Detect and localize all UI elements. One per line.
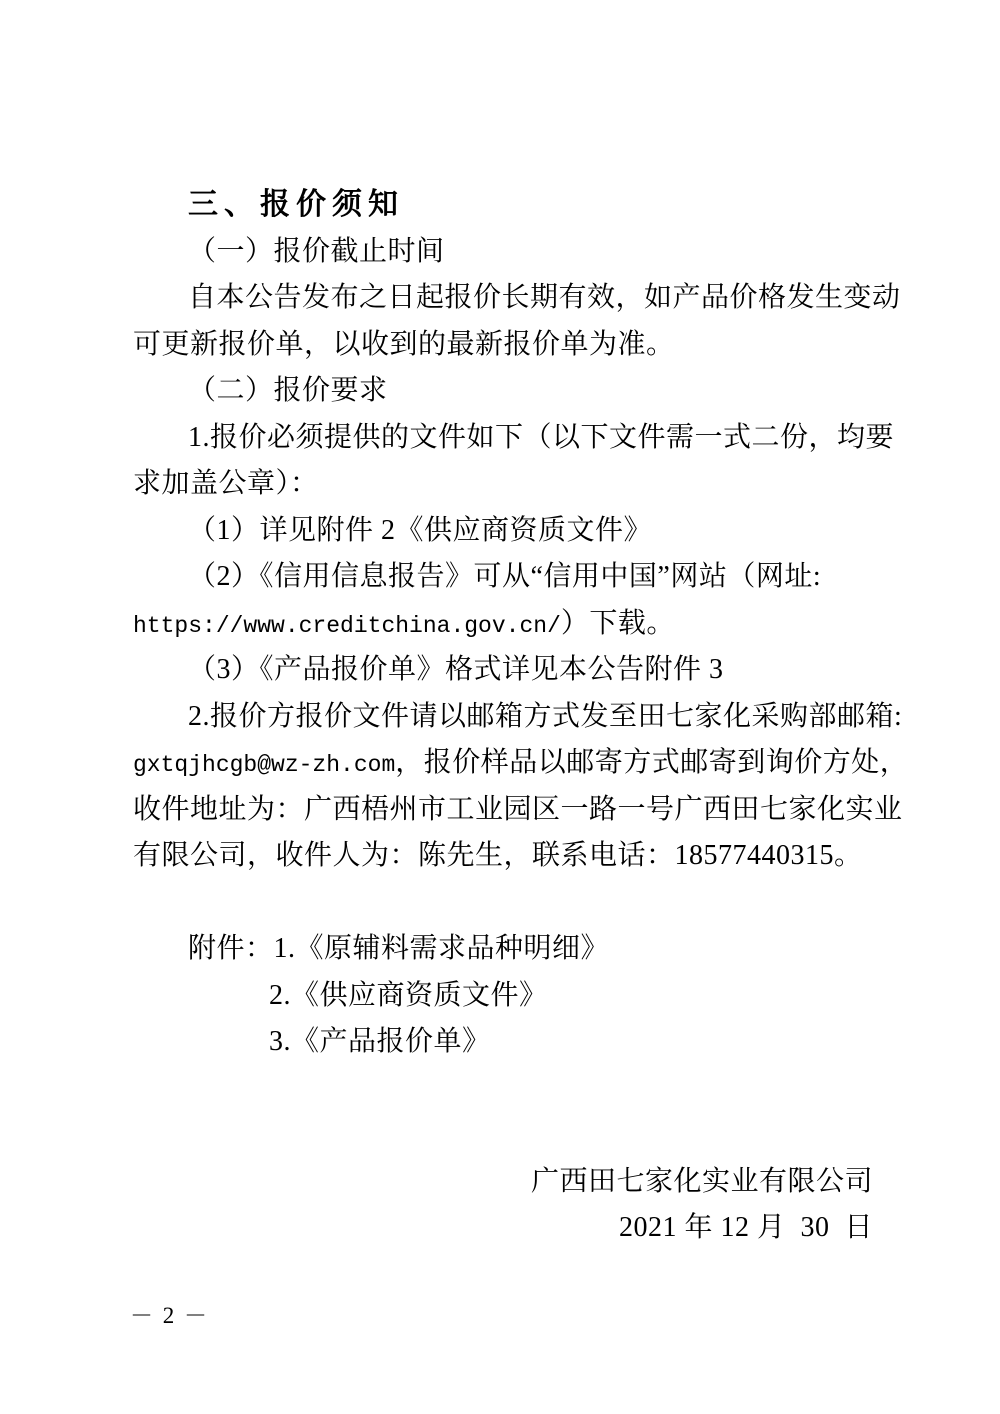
text-segment: ）下载。 (561, 608, 675, 639)
requirement-item-2-line-1: （2）《信用信息报告》可从“信用中国”网站（网址: (133, 554, 877, 601)
document-body: 三、报价须知（一）报价截止时间自本公告发布之日起报价长期有效，如产品价格发生变动… (133, 182, 877, 1252)
requirement-2-line-1: 2.报价方报价文件请以邮箱方式发至田七家化采购部邮箱: (133, 694, 877, 741)
page-number: － 2 － (130, 1301, 209, 1331)
text-segment: 有限公司，收件人为：陈先生，联系电话：18577440315。 (133, 840, 863, 871)
text-segment: 2.报价方报价文件请以邮箱方式发至田七家化采购部邮箱: (188, 701, 902, 732)
signature-date: 2021 年 12 月 30 日 (133, 1205, 877, 1252)
subheading-requirements: （二）报价要求 (133, 368, 877, 415)
text-segment: 三、报价须知 (188, 188, 404, 221)
requirement-item-2-line-2: https://www.creditchina.gov.cn/）下载。 (133, 601, 877, 648)
signature-company: 广西田七家化实业有限公司 (133, 1159, 877, 1206)
mono-text-segment: https://www.creditchina.gov.cn/ (133, 613, 561, 639)
paragraph-validity-line-2: 可更新报价单，以收到的最新报价单为准。 (133, 322, 877, 369)
attachment-list-item-3: 3.《产品报价单》 (133, 1019, 877, 1066)
blank-line (133, 880, 877, 927)
requirement-1-line-1: 1.报价必须提供的文件如下（以下文件需一式二份，均要 (133, 415, 877, 462)
blank-line (133, 1112, 877, 1159)
requirement-2-line-2: gxtqjhcgb@wz-zh.com，报价样品以邮寄方式邮寄到询价方处， (133, 740, 877, 787)
text-segment: ，报价样品以邮寄方式邮寄到询价方处， (395, 747, 908, 778)
text-segment: 1.报价必须提供的文件如下（以下文件需一式二份，均要 (188, 422, 894, 453)
requirement-item-3: （3）《产品报价单》格式详见本公告附件 3 (133, 647, 877, 694)
text-segment: 3.《产品报价单》 (269, 1026, 491, 1057)
section-heading: 三、报价须知 (133, 182, 877, 229)
text-segment: 求加盖公章）： (133, 468, 319, 499)
requirement-item-1: （1）详见附件 2《供应商资质文件》 (133, 508, 877, 555)
document-page: 三、报价须知（一）报价截止时间自本公告发布之日起报价长期有效，如产品价格发生变动… (0, 0, 1000, 1414)
text-segment: 2.《供应商资质文件》 (269, 980, 548, 1011)
text-segment: （二）报价要求 (188, 375, 388, 406)
text-segment: （1）详见附件 2《供应商资质文件》 (188, 515, 652, 546)
paragraph-validity-line-1: 自本公告发布之日起报价长期有效，如产品价格发生变动 (133, 275, 877, 322)
mono-text-segment: gxtqjhcgb@wz-zh.com (133, 752, 395, 778)
requirement-2-line-3: 收件地址为：广西梧州市工业园区一路一号广西田七家化实业 (133, 787, 877, 834)
text-segment: 广西田七家化实业有限公司 (531, 1166, 873, 1197)
text-segment: （3）《产品报价单》格式详见本公告附件 3 (188, 654, 724, 685)
text-segment: 可更新报价单，以收到的最新报价单为准。 (133, 329, 675, 360)
blank-line (133, 1066, 877, 1113)
text-segment: （一）报价截止时间 (188, 236, 445, 267)
attachment-list-item-1: 附件：1.《原辅料需求品种明细》 (133, 926, 877, 973)
text-segment: （2）《信用信息报告》可从“信用中国”网站（网址: (188, 561, 821, 592)
text-segment: 自本公告发布之日起报价长期有效，如产品价格发生变动 (188, 282, 901, 313)
text-segment: 收件地址为：广西梧州市工业园区一路一号广西田七家化实业 (133, 794, 903, 825)
text-segment: 附件：1.《原辅料需求品种明细》 (188, 933, 609, 964)
attachment-list-item-2: 2.《供应商资质文件》 (133, 973, 877, 1020)
requirement-2-line-4: 有限公司，收件人为：陈先生，联系电话：18577440315。 (133, 833, 877, 880)
requirement-1-line-2: 求加盖公章）： (133, 461, 877, 508)
subheading-deadline: （一）报价截止时间 (133, 229, 877, 276)
text-segment: 2021 年 12 月 30 日 (619, 1212, 873, 1243)
